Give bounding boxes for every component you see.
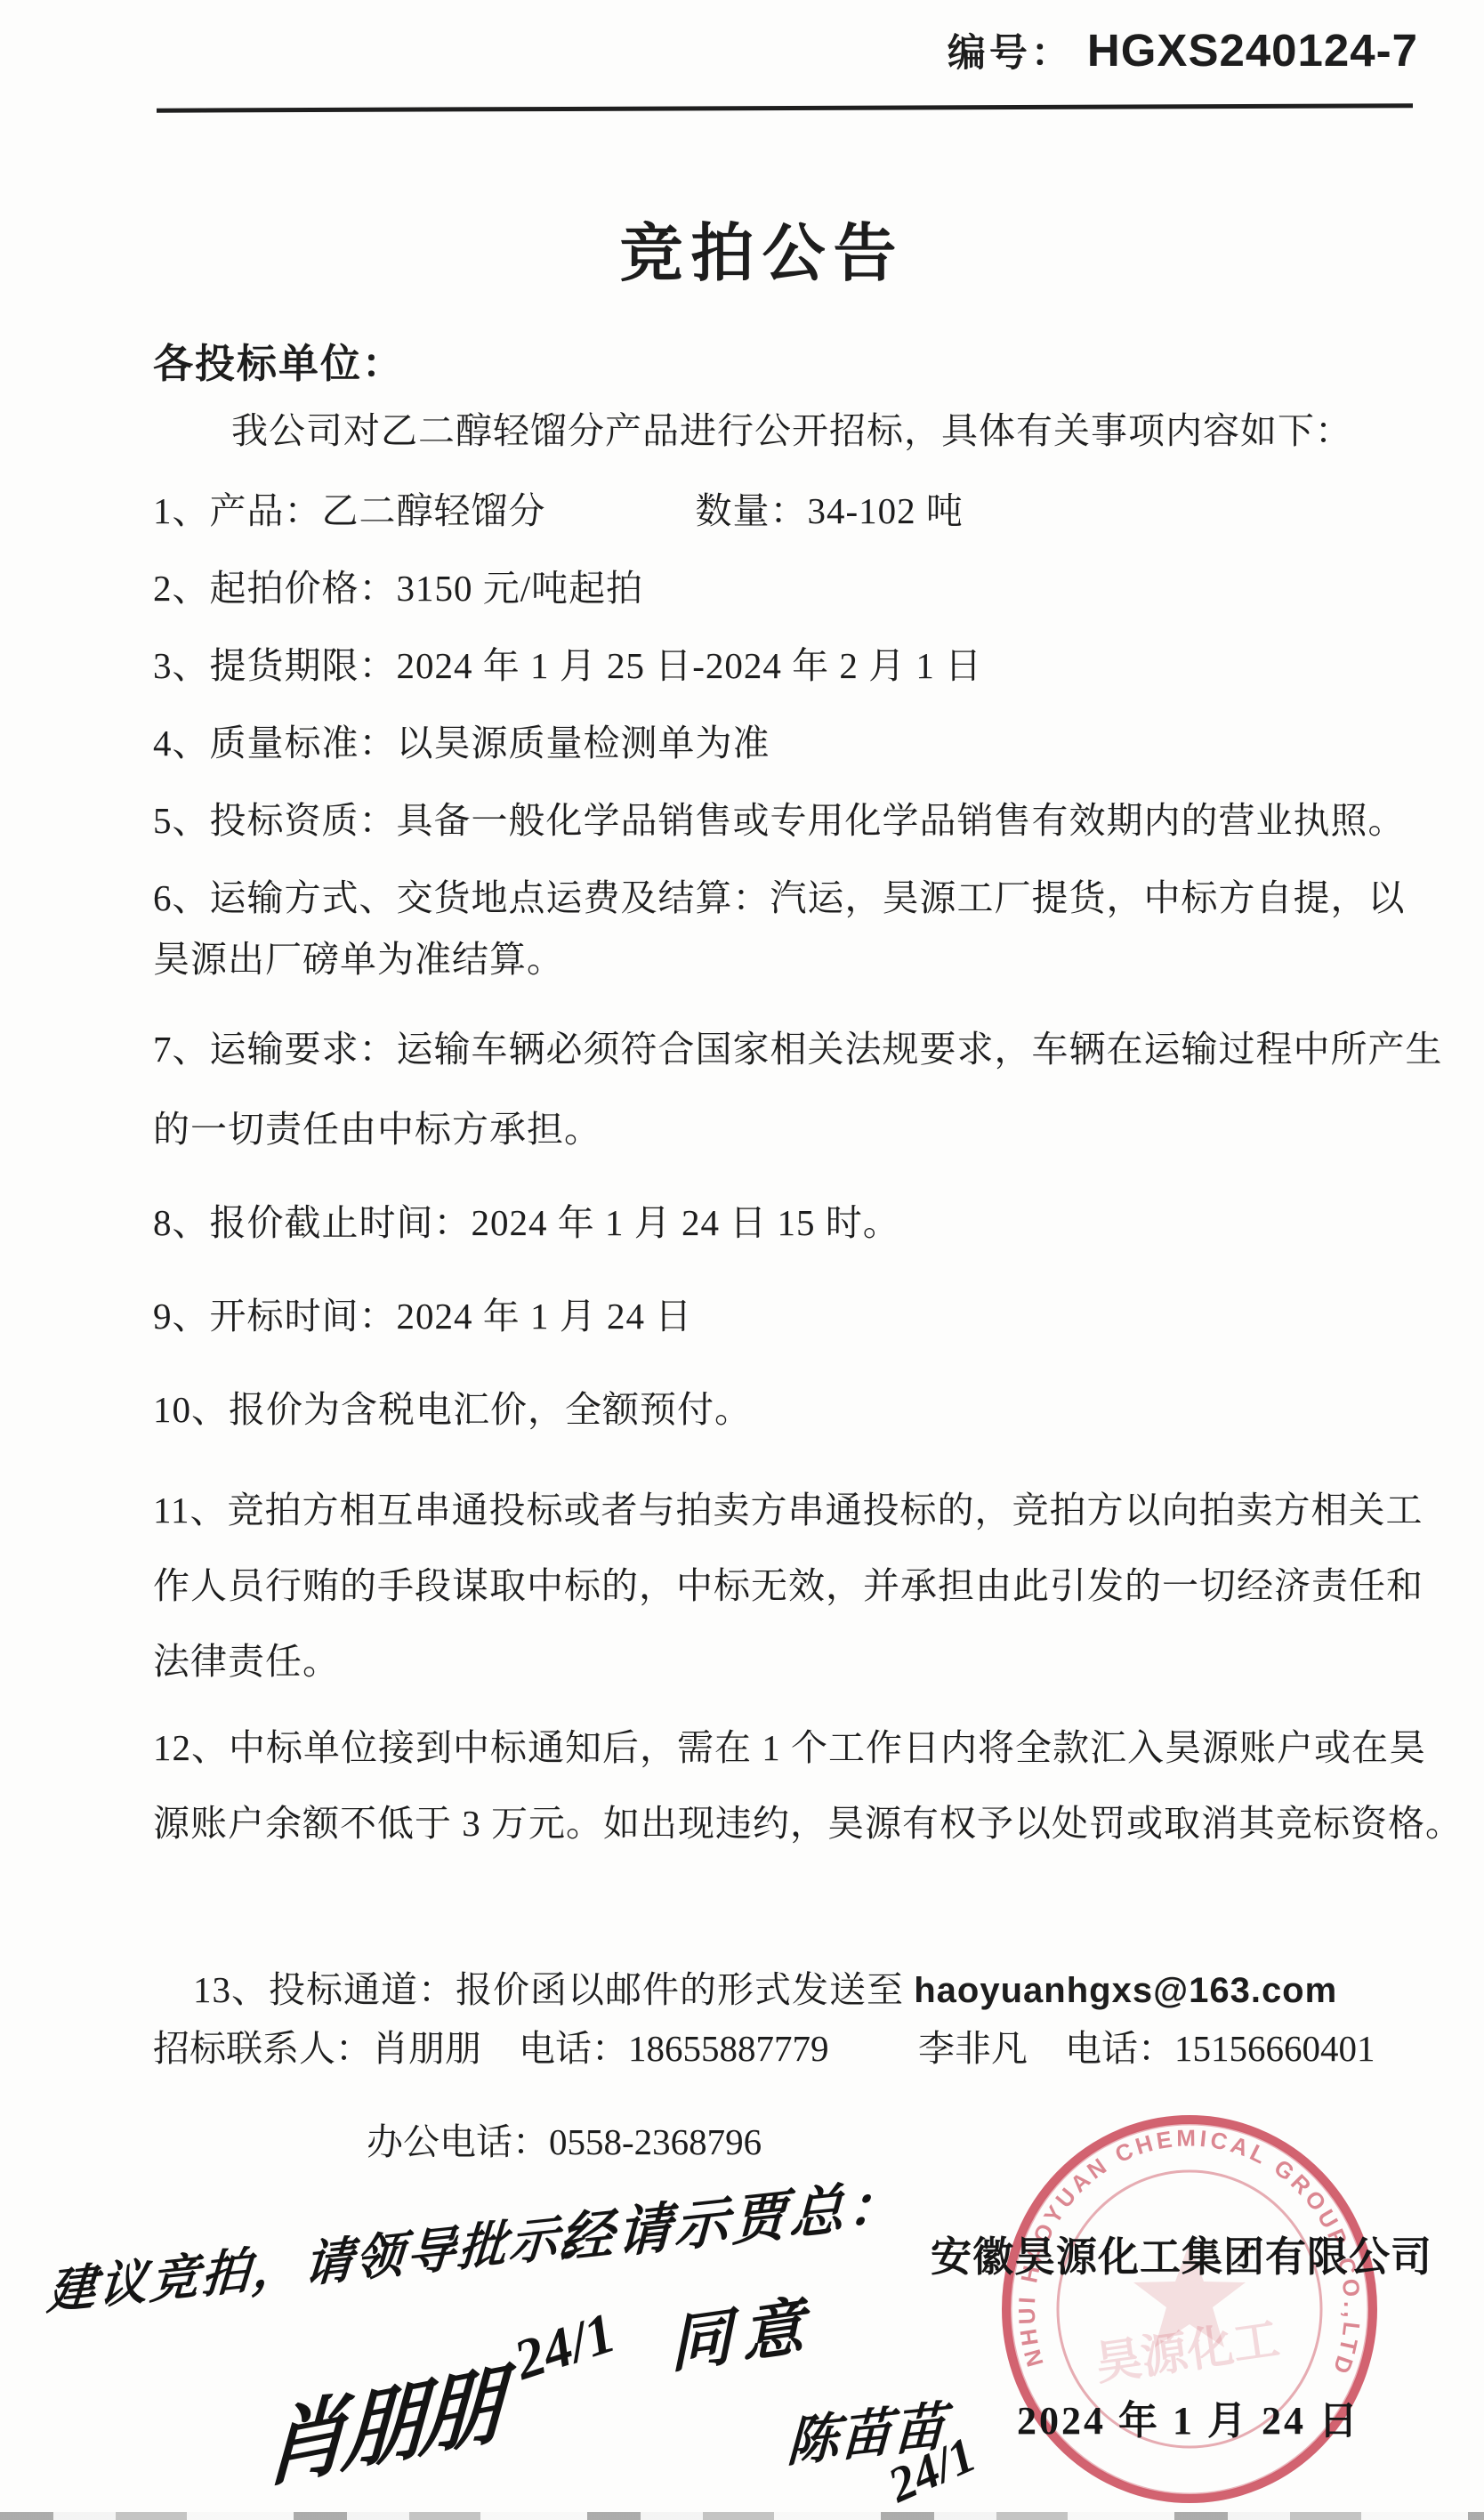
body-line-item12b: 源账户余额不低于 3 万元。如出现违约，昊源有权予以处罚或取消其竞标资格。 [153,1798,1434,1848]
header-rule [157,103,1413,112]
signature-date-left: 24/1 [506,2299,623,2394]
body-line-item4: 4、质量标准：以昊源质量检测单为准 [153,718,1434,768]
office-phone-row: 办公电话：0558-2368796 [367,2117,762,2167]
contact-secondary-phone-label: 电话： [1065,2028,1174,2069]
contacts-row: 招标联系人：肖朋朋电话：18655887779 李非凡电话：1515666040… [153,2023,1434,2073]
body-line-item7a: 7、运输要求：运输车辆必须符合国家相关法规要求，车辆在运输过程中所产生 [153,1024,1434,1074]
office-phone-label: 办公电话： [367,2121,549,2162]
handwritten-note-left: 建议竞拍，请领导批示。 [45,2193,615,2323]
body-line-item1: 1、产品：乙二醇轻馏分 数量：34-102 吨 [153,486,1434,536]
handwritten-agree: 同意 [668,2274,816,2385]
body-line-item7b: 的一切责任由中标方承担。 [153,1104,1434,1154]
company-name: 安徽昊源化工集团有限公司 [931,2225,1432,2283]
body-line-item6a: 6、运输方式、交货地点运费及结算：汽运，昊源工厂提货，中标方自提，以 [153,873,1434,923]
contact-primary-label: 招标联系人： [153,2028,372,2069]
salutation: 各投标单位： [153,331,404,389]
scanned-document-page: 编号： HGXS240124-7 竞拍公告 各投标单位： 我公司对乙二醇轻馏分产… [0,0,1484,2520]
contact-primary-phone: 18655887779 [628,2028,829,2069]
body-line-item2: 2、起拍价格：3150 元/吨起拍 [153,563,1434,613]
office-phone-number: 0558-2368796 [549,2121,762,2162]
doc-number-label: 编号： [948,23,1073,77]
issue-date: 2024 年 1 月 24 日 [1017,2388,1360,2445]
page-title: 竞拍公告 [40,203,1484,294]
body-line-item9: 9、开标时间：2024 年 1 月 24 日 [153,1291,1434,1341]
body-line-item11a: 11、竞拍方相互串通投标或者与拍卖方串通投标的，竞拍方以向拍卖方相关工 [153,1485,1434,1535]
doc-number-value: HGXS240124-7 [1087,24,1418,77]
doc-number: 编号： HGXS240124-7 [948,23,1418,77]
contact-primary-phone-label: 电话： [519,2028,628,2069]
company-seal: ANHUI HAOYUAN CHEMICAL GROUP CO.,LTD. 昊源… [985,2100,1394,2518]
body-line-item10: 10、报价为含税电汇价，全额预付。 [153,1385,1434,1434]
handwritten-note-middle: 经请示贾总： [559,2160,907,2274]
body-line-item11b: 作人员行贿的手段谋取中标的，中标无效，并承担由此引发的一切经济责任和 [153,1561,1434,1611]
scan-edge-artifact [0,2512,1484,2520]
contact-secondary-phone: 15156660401 [1174,2028,1375,2069]
contact-primary-name: 肖朋朋 [372,2028,481,2069]
body-line-item8: 8、报价截止时间：2024 年 1 月 24 日 15 时。 [153,1198,1434,1248]
intro-paragraph: 我公司对乙二醇轻馏分产品进行公开招标，具体有关事项内容如下： [153,406,1434,456]
body-line-item5: 5、投标资质：具备一般化学品销售或专用化学品销售有效期内的营业执照。 [153,796,1434,845]
signature-xiao-pengpeng: 肖朋朋 [262,2336,501,2506]
body-line-item11c: 法律责任。 [153,1636,1434,1686]
contact-secondary-name: 李非凡 [918,2028,1028,2069]
contact-secondary: 李非凡电话：15156660401 [918,2023,1375,2073]
body-line-item12a: 12、中标单位接到中标通知后，需在 1 个工作日内将全款汇入昊源账户或在昊 [153,1723,1434,1773]
body-line-item6b: 昊源出厂磅单为准结算。 [153,934,1434,984]
body-line-item3: 3、提货期限：2024 年 1 月 25 日-2024 年 2 月 1 日 [153,641,1434,691]
bid-channel-text: 13、投标通道：报价函以邮件的形式发送至 [193,1969,914,2010]
bid-email: haoyuanhgxs@163.com [914,1971,1337,2010]
